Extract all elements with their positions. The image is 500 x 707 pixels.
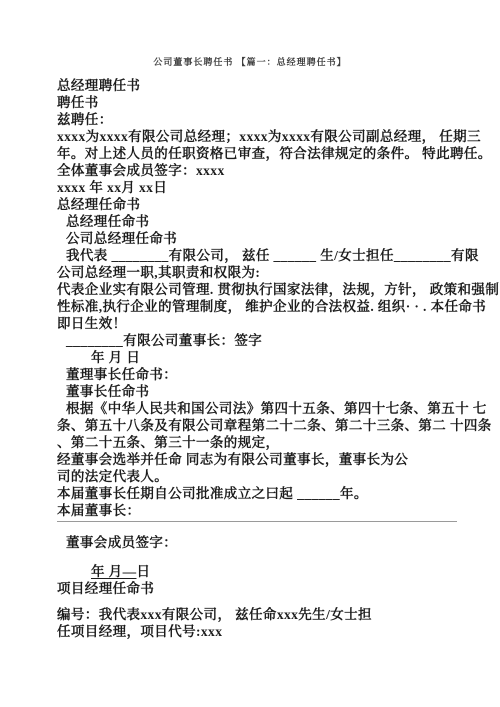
text-line: 编号：我代表xxx有限公司， 兹任命xxx先生/女士担	[57, 606, 457, 623]
text-line: ________有限公司董事长：签字	[57, 332, 457, 349]
text-line: 性标准,执行企业的管理制度， 维护企业的合法权益. 组织· · . 本任命书	[57, 298, 457, 315]
text-line: 条、第五十八条及有限公司章程第二十二条、第二十三条、第二 十四条	[57, 417, 457, 434]
date-part: 日	[136, 564, 150, 579]
text-line: 年 月 日	[57, 349, 457, 366]
text-line: 公司总经理任命书	[57, 230, 457, 247]
text-line: 本届董事长：	[57, 502, 457, 522]
text-line: 总经理聘任书	[57, 77, 457, 94]
text-line: 公司总经理一职,其职责和权限为:	[57, 264, 457, 281]
document-page: 公司董事长聘任书 【篇一：总经理聘任书】 总经理聘任书聘任书兹聘任：xxxx为x…	[0, 0, 500, 707]
text-line: 代表企业实有限公司管理. 贯彻执行国家法律，法规，方针， 政策和强制	[57, 281, 457, 298]
text-line: 全体董事会成员签字：xxxx	[57, 162, 457, 179]
document-header-title: 公司董事长聘任书 【篇一：总经理聘任书】	[0, 55, 500, 68]
document-body: 总经理聘任书聘任书兹聘任：xxxx为xxxx有限公司总经理；xxxx为xxxx有…	[0, 77, 500, 640]
text-line: xxxx 年 xx月 xx日	[57, 179, 457, 196]
text-line: 经董事会选举并任命 同志为有限公司董事长，董事长为公	[57, 451, 457, 468]
text-line: 司的法定代表人。	[57, 468, 457, 485]
text-line: 董事会成员签字：	[57, 534, 457, 551]
text-line: 兹聘任：	[57, 111, 457, 128]
underlined-date-part: 年 月—	[91, 564, 136, 579]
text-line: xxxx为xxxx有限公司总经理；xxxx为xxxx有限公司副总经理， 任期三	[57, 128, 457, 145]
text-line: 董事长任命书	[57, 383, 457, 400]
text-line: 即日生效！	[57, 315, 457, 332]
text-line: 年 月—日	[57, 563, 457, 580]
text-line: 任项目经理，项目代号:xxx	[57, 623, 457, 640]
text-line: 我代表 ________有限公司， 兹任 ______ 生/女士担任______…	[57, 247, 457, 264]
text-line: 项目经理任命书	[57, 580, 457, 597]
text-line: 年。对上述人员的任职资格已审查，符合法律规定的条件。 特此聘任。	[57, 145, 457, 162]
text-line: 总经理任命书	[57, 213, 457, 230]
text-line: 总经理任命书	[57, 196, 457, 213]
text-line: 、第二十五条、第三十一条的规定，	[57, 434, 457, 451]
text-line: 根据《中华人民共和国公司法》第四十五条、第四十七条、第五十 七	[57, 400, 457, 417]
text-line: 聘任书	[57, 94, 457, 111]
text-line: 本届董事长任期自公司批准成立之曰起 ______年。	[57, 485, 457, 502]
text-line: 董理事长任命书：	[57, 366, 457, 383]
